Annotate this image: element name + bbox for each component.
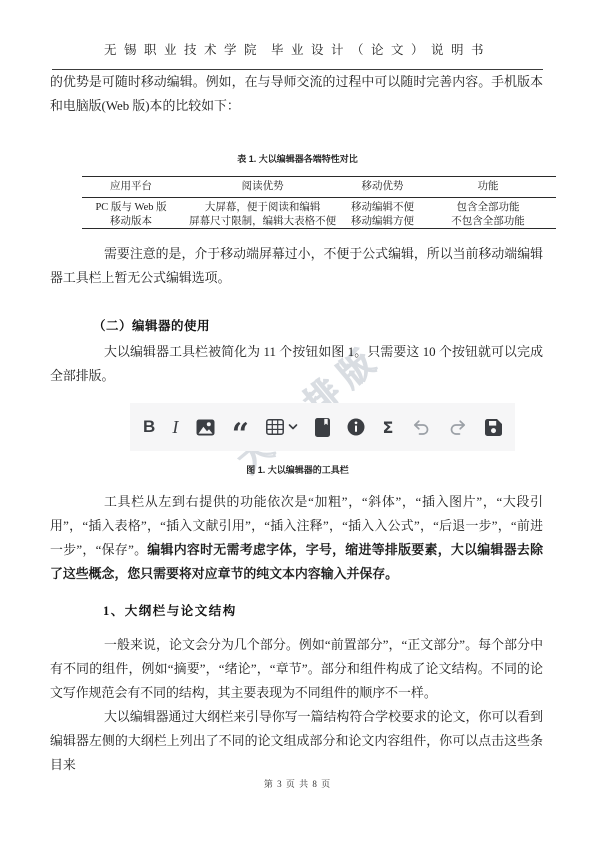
section-heading-editor-usage: （二）编辑器的使用 [93,316,210,334]
cell-reading: 屏幕尺寸限制，编辑大表格不便 [180,215,345,229]
platform-comparison-table: 应用平台 阅读优势 移动优势 功能 PC 版与 Web 版 大屏幕，便于阅读和编… [82,176,556,229]
save-icon [485,419,502,436]
col-header-mobile: 移动优势 [345,177,420,198]
paragraph-thesis-structure: 一般来说，论文会分为几个部分。例如“前置部分”，“正文部分”。每个部分中有不同的… [50,633,543,705]
paragraph-toolbar-intro: 大以编辑器工具栏被简化为 11 个按钮如图 1。只需要这 10 个按钮就可以完成… [50,340,543,388]
italic-icon: I [172,417,178,438]
page-number: 第 3 页 共 8 页 [0,777,595,790]
table-row: PC 版与 Web 版 大屏幕，便于阅读和编辑 移动编辑不便 包含全部功能 [82,198,556,215]
paragraph-outline-guide: 大以编辑器通过大纲栏来引导你写一篇结构符合学校要求的论文，你可以看到编辑器左侧的… [50,705,543,777]
table-header-row: 应用平台 阅读优势 移动优势 功能 [82,177,556,198]
cell-platform: 移动版本 [82,215,180,229]
table-caption: 表 1. 大以编辑器各端特性对比 [0,152,595,165]
blockquote-icon: “ [232,430,249,444]
bold-icon: B [143,417,155,437]
undo-icon [411,419,431,435]
insert-table-icon [266,419,284,435]
col-header-platform: 应用平台 [82,177,180,198]
chevron-down-icon [288,423,298,431]
col-header-reading: 阅读优势 [180,177,345,198]
figure-caption: 图 1. 大以编辑器的工具栏 [0,463,595,476]
col-header-features: 功能 [420,177,556,198]
cell-reading: 大屏幕，便于阅读和编辑 [180,198,345,215]
thesis-page: 大以排版 无锡职业技术学院毕业设计（论文）说明书 的优势是可随时移动编辑。例如，… [0,0,595,842]
cell-mobile: 移动编辑不便 [345,198,420,215]
cell-features: 包含全部功能 [420,198,556,215]
cell-platform: PC 版与 Web 版 [82,198,180,215]
paragraph-toolbar-functions: 工具栏从左到右提供的功能依次是“加粗”，“斜体”，“插入图片”，“大段引用”，“… [50,490,543,586]
cell-mobile: 移动编辑方便 [345,215,420,229]
paragraph-mobile-advantage: 的优势是可随时移动编辑。例如，在与导师交流的过程中可以随时完善内容。手机版本和电… [50,70,543,118]
info-footnote-icon [347,418,365,436]
header-school-name: 无锡职业技术学院 [104,43,264,57]
paragraph-formula-note: 需要注意的是，介于移动端屏幕过小，不便于公式编辑，所以当前移动端编辑器工具栏上暂… [50,242,543,290]
subsection-heading-outline: 1、大纲栏与论文结构 [103,601,237,619]
page-header: 无锡职业技术学院毕业设计（论文）说明书 [52,40,543,70]
insert-image-icon [196,419,215,436]
citation-book-icon [315,418,330,437]
insert-table-control [266,419,298,435]
cell-features: 不包含全部功能 [420,215,556,229]
header-doc-type: 毕业设计（论文）说明书 [271,43,491,57]
formula-sigma-icon: Σ [383,418,394,437]
toolbar-figure: B I “ [130,403,515,451]
redo-icon [448,419,468,435]
table-row: 移动版本 屏幕尺寸限制，编辑大表格不便 移动编辑方便 不包含全部功能 [82,215,556,229]
